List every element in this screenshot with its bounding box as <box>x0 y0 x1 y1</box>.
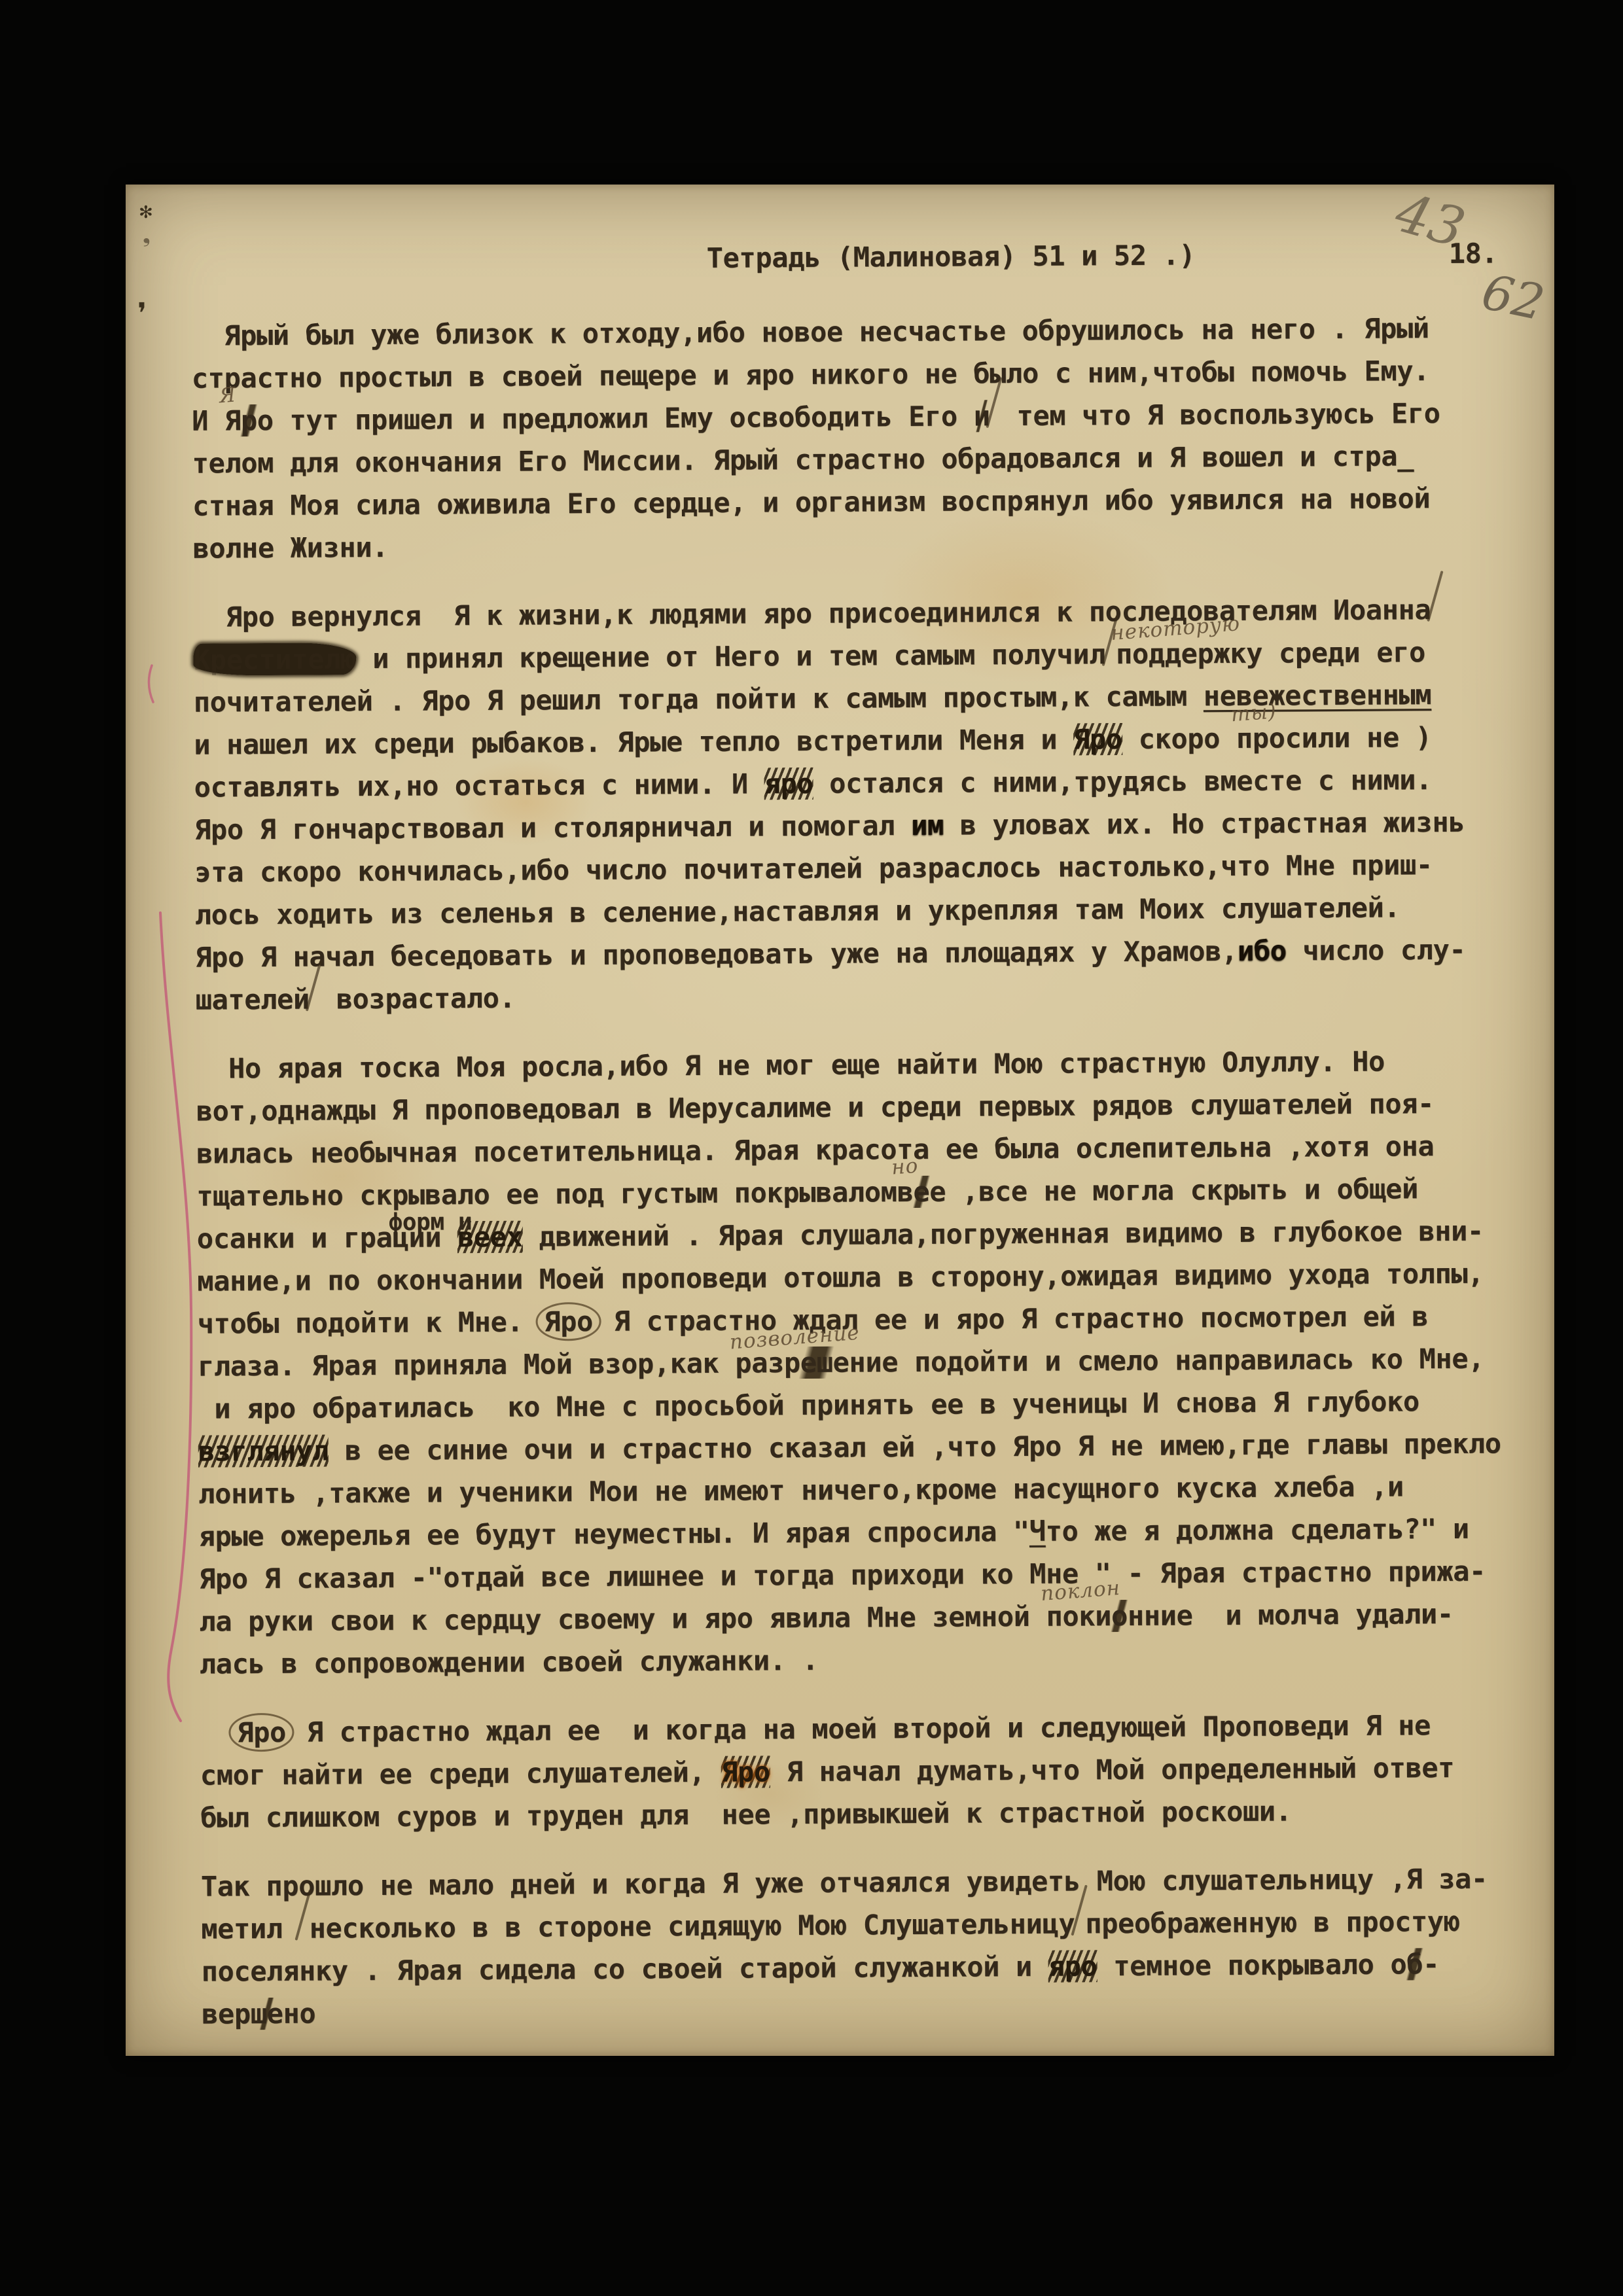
paragraph: Так прошло не мало дней и когда Я уже от… <box>201 1857 1535 2035</box>
typed-text: ние <box>1144 1599 1193 1631</box>
typed-text: ярые ожерелья ее будут неуместны. И ярая… <box>198 1515 1029 1553</box>
typed-text <box>200 1716 232 1748</box>
typed-text: вер <box>202 1998 251 2030</box>
typed-text: подойти и смело направилась ко Мне, <box>898 1343 1484 1378</box>
text-line: Яро Я сказал -"отдай все лишнее и тогда … <box>199 1549 1532 1600</box>
overstruck-word: взглянул <box>198 1434 329 1467</box>
notebook-title: Тетрадь (Малиновая) 51 и 52 .) <box>707 239 1196 274</box>
typed-text: стная Моя сила оживила Его сердце, и орг… <box>192 482 1431 522</box>
text-line: мание,и по окончании Моей проповеди отош… <box>197 1252 1530 1302</box>
typed-text: мание,и по окончании Моей проповеди отош… <box>197 1258 1484 1298</box>
text-line: метил несколько в в стороне сидящую Мою … <box>201 1899 1534 1950</box>
typed-page-number: 18. <box>1449 238 1498 270</box>
typed-text: лась в сопровождении своей служанки. . <box>200 1644 819 1680</box>
typed-text: и принял крещение от Него и тем самым по… <box>356 638 1105 675</box>
typed-text: число слу- <box>1286 934 1465 967</box>
text-line: оставлять их,но остаться с ними. И яро о… <box>194 758 1527 808</box>
typed-text: вилась необычная посетительница. Ярая кр… <box>196 1130 1435 1170</box>
typed-text: глаза. Ярая приняла Мой взор,как <box>198 1347 736 1383</box>
text-line: лонить ,также и ученики Мои не имеют нич… <box>198 1464 1531 1515</box>
typed-text: несколько в в стороне сидящую Мою Слушат… <box>309 1908 1075 1945</box>
typed-text: возрастало. <box>320 982 516 1016</box>
typed-text: скрывало ееформ и <box>359 1173 539 1216</box>
text-line: и нашел их среди рыбаков. Ярые тепло вст… <box>194 715 1527 766</box>
struck-word: ше <box>251 1998 283 2030</box>
typed-text: Я начал думать,что Мой определенный отве… <box>770 1752 1454 1788</box>
handwritten-annotation: поклон <box>1039 1567 1122 1616</box>
typed-text: и нашел их среди рыбаков. Ярые тепло вст… <box>194 723 1073 760</box>
text-line: ярые ожерелья ее будут неуместны. И ярая… <box>198 1507 1531 1557</box>
text-line: Крестителю и принял крещение от Него и т… <box>193 630 1526 680</box>
text-line: И ЯроЯ тут пришел и предложил Ему освобо… <box>192 391 1525 442</box>
photo-background: ✻ ❟ ❜ 43 62 Тетрадь (Малиновая) 51 и 52 … <box>0 0 1623 2296</box>
text-line: глаза. Ярая приняла Мой взор,как разреше… <box>198 1337 1531 1387</box>
typed-text: остался с ними,трудясь вместе с ними. <box>813 764 1432 800</box>
text-line: лось ходить из селенья в селение,наставл… <box>195 885 1528 936</box>
handwritten-annotation: Я <box>217 374 238 417</box>
typed-text: темное покрывало <box>1097 1949 1390 1983</box>
typed-text: Яро Я гончарствовал и столярничал и помо… <box>194 809 911 846</box>
typed-text: ,все не могла скрыть и общей <box>946 1173 1418 1207</box>
paragraph: Ярый был уже близок к отходу,ибо новое н… <box>191 306 1525 569</box>
typed-text: среди его <box>1262 636 1425 669</box>
paragraph: Яро Я страстно ждал ее и когда на моей в… <box>200 1703 1533 1839</box>
ink-over-word: им <box>911 809 944 841</box>
ink-slash-mark <box>310 978 320 1006</box>
text-line: ла руки свои к сердцу своему и яро явила… <box>199 1592 1532 1642</box>
text-line: Яро Я страстно ждал ее и когда на моей в… <box>200 1703 1533 1754</box>
text-line: чтобы подойти к Мне. Яро Я страстно ждал… <box>197 1294 1530 1345</box>
typed-text: тщательно <box>196 1179 359 1212</box>
circled-word: Яро <box>535 1302 601 1341</box>
text-line: Яро Я гончарствовал и столярничал и помо… <box>194 800 1527 851</box>
ink-slash-mark <box>298 1907 309 1935</box>
typed-text: поселянку . Ярая сидела со своей старой … <box>202 1951 1048 1988</box>
typed-text: не <box>1350 721 1416 754</box>
typed-text: чтобы подойти к Мне. <box>197 1305 539 1339</box>
ink-slash-mark <box>990 395 1000 422</box>
text-line: вилась необычная посетительница. Ярая кр… <box>196 1124 1529 1174</box>
typed-text: Яро вернулся Я к жизни,к людями яро прис… <box>193 593 1431 633</box>
text-line: вершено <box>202 1985 1535 2035</box>
struck-word: об- <box>1390 1948 1439 1980</box>
text-line: лась в сопровождении своей служанки. . <box>200 1634 1533 1685</box>
text-line: страстно простыл в своей пещере и яро ни… <box>192 349 1525 399</box>
handwritten-annotation: ты) <box>1229 690 1277 736</box>
typed-text: эта скоро кончилась,ибо число почитателе… <box>194 849 1433 889</box>
blotted-out-word: Крестителю <box>193 643 356 676</box>
typed-text: под густым покрывалом <box>539 1176 897 1210</box>
typed-text: Ярый был уже близок к отходу,ибо новое н… <box>191 312 1429 352</box>
typed-text: Но ярая тоска Моя росла,ибо Я не мог еще… <box>196 1046 1385 1085</box>
text-line: смог найти ее среди слушателей, Яро Я на… <box>200 1746 1533 1796</box>
ink-over-word: ибо <box>1238 935 1287 967</box>
typed-text: телом для окончания Его Миссии. Ярый стр… <box>192 440 1414 479</box>
typed-text: Я страстно ждал ее и яро Я страстно посм… <box>597 1300 1428 1337</box>
page-header: Тетрадь (Малиновая) 51 и 52 .) 18. <box>191 237 1525 314</box>
typed-text: вот,однажды Я проповедовал в Иерусалиме … <box>196 1087 1434 1127</box>
text-line: поселянку . Ярая сидела со своей старой … <box>201 1942 1534 1992</box>
typed-text: просилиты) <box>1236 716 1351 760</box>
typewritten-body: Ярый был уже близок к отходу,ибо новое н… <box>191 306 1535 2035</box>
typed-text: Яро Я начал беседовать и проповедовать у… <box>195 935 1238 974</box>
text-line: стная Моя сила оживила Его сердце, и орг… <box>192 476 1525 527</box>
corrected-word: покионниепоклон <box>1046 1594 1192 1637</box>
overstruck-word: яро <box>1048 1950 1097 1982</box>
typed-text: волне Жизни. <box>192 531 388 565</box>
typed-text: оставлять их,но остаться с ними. И <box>194 768 764 803</box>
typed-text: в уловах их. Но страстная жизнь <box>944 806 1465 841</box>
typed-text: преображенную в простую <box>1085 1905 1460 1939</box>
typed-text: тем что Я воспользуюсь Его <box>1000 397 1440 432</box>
text-line: вот,однажды Я проповедовал в Иерусалиме … <box>196 1082 1529 1132</box>
typed-text: движений . Ярая слушала,погруженная види… <box>522 1215 1484 1253</box>
typed-text: лось ходить из селенья в селение,наставл… <box>195 891 1400 930</box>
text-line: шателей возрастало. <box>195 970 1528 1021</box>
typed-text: но <box>283 1998 315 2030</box>
text-line: волне Жизни. <box>192 519 1525 569</box>
paragraph: Но ярая тоска Моя росла,ибо Я не мог еще… <box>196 1039 1533 1685</box>
text-line: телом для окончания Его Миссии. Ярый стр… <box>192 434 1525 484</box>
ink-slash-mark <box>1075 1902 1085 1930</box>
text-line: и яро обратилась ко Мне с просьбой приня… <box>198 1379 1531 1430</box>
typed-text: смог найти ее среди слушателей, <box>200 1756 722 1792</box>
text-line: Так прошло не мало дней и когда Я уже от… <box>201 1857 1534 1907</box>
typed-text: шателей <box>195 983 309 1016</box>
overstruck-word: яро <box>764 768 813 800</box>
typed-text: ла руки свои к сердцу своему и яро явила… <box>199 1600 1046 1638</box>
typewritten-text: Тетрадь (Малиновая) 51 и 52 .) 18. Ярый … <box>121 179 1561 2059</box>
text-line: почитателей . Яро Я решил тогда пойти к … <box>194 673 1527 723</box>
text-line: Ярый был уже близок к отходу,ибо новое н… <box>191 306 1524 357</box>
text-line: был слишком суров и труден для нее ,прив… <box>200 1788 1533 1839</box>
typed-text: метил <box>201 1913 299 1945</box>
typed-text: Я страстно ждал ее и когда на моей второ… <box>291 1709 1431 1748</box>
typed-text: ) <box>1415 716 1431 758</box>
typed-text: был слишком суров и труден для нее ,прив… <box>200 1795 1292 1833</box>
paragraph: Яро вернулся Я к жизни,к людями яро прис… <box>193 588 1529 1021</box>
ink-slash-mark <box>1431 588 1441 616</box>
struck-word: разрешениепозволение <box>735 1341 898 1385</box>
underlined-word: Ч <box>1029 1515 1046 1547</box>
text-line: Яро вернулся Я к жизни,к людями яро прис… <box>193 588 1526 638</box>
typed-text: Так прошло не мало дней и когда Я уже от… <box>201 1863 1488 1903</box>
text-line: взглянул в ее синие очи и страстно сказа… <box>198 1422 1531 1472</box>
overstruck-word-orange: Яро <box>721 1756 770 1788</box>
text-line: эта скоро кончилась,ибо число почитателе… <box>194 843 1527 893</box>
typed-text: Яро Я сказал -"отдай все лишнее и тогда … <box>199 1555 1486 1595</box>
typed-text: то же я должна сделать?" и <box>1046 1513 1469 1547</box>
typed-text: лонить ,также и ученики Мои не имеют нич… <box>198 1470 1404 1510</box>
typed-text: и яро обратилась ко Мне с просьбой приня… <box>198 1385 1419 1424</box>
text-line: тщательно скрывало ееформ и под густым п… <box>196 1167 1529 1217</box>
typewritten-page: ✻ ❟ ❜ 43 62 Тетрадь (Малиновая) 51 и 52 … <box>126 185 1554 2056</box>
struck-word: веено <box>897 1171 946 1213</box>
typed-text: в ее синие очи и страстно сказал ей ,что… <box>329 1428 1501 1467</box>
typed-text: страстно простыл в своей пещере и яро ни… <box>192 355 1430 395</box>
circled-word: Яро <box>228 1713 294 1752</box>
text-line: Но ярая тоска Моя росла,ибо Я не мог еще… <box>196 1039 1529 1089</box>
overstruck-word: Яро <box>1073 723 1122 755</box>
struck-word: ЯроЯ <box>224 399 274 442</box>
typed-text: скоро <box>1122 722 1236 755</box>
typed-text: почитателей . Яро Я решил тогда пойти к … <box>194 680 1204 718</box>
text-line: Яро Я начал беседовать и проповедовать у… <box>195 928 1528 978</box>
typed-text: поддержкунекоторую <box>1116 632 1262 675</box>
interline-typed-insertion: форм и <box>388 1201 472 1244</box>
typed-text: тут пришел и предложил Ему освободить Ег… <box>274 400 974 436</box>
typed-text: и молча удали- <box>1192 1598 1453 1631</box>
handwritten-annotation: но <box>890 1145 920 1190</box>
